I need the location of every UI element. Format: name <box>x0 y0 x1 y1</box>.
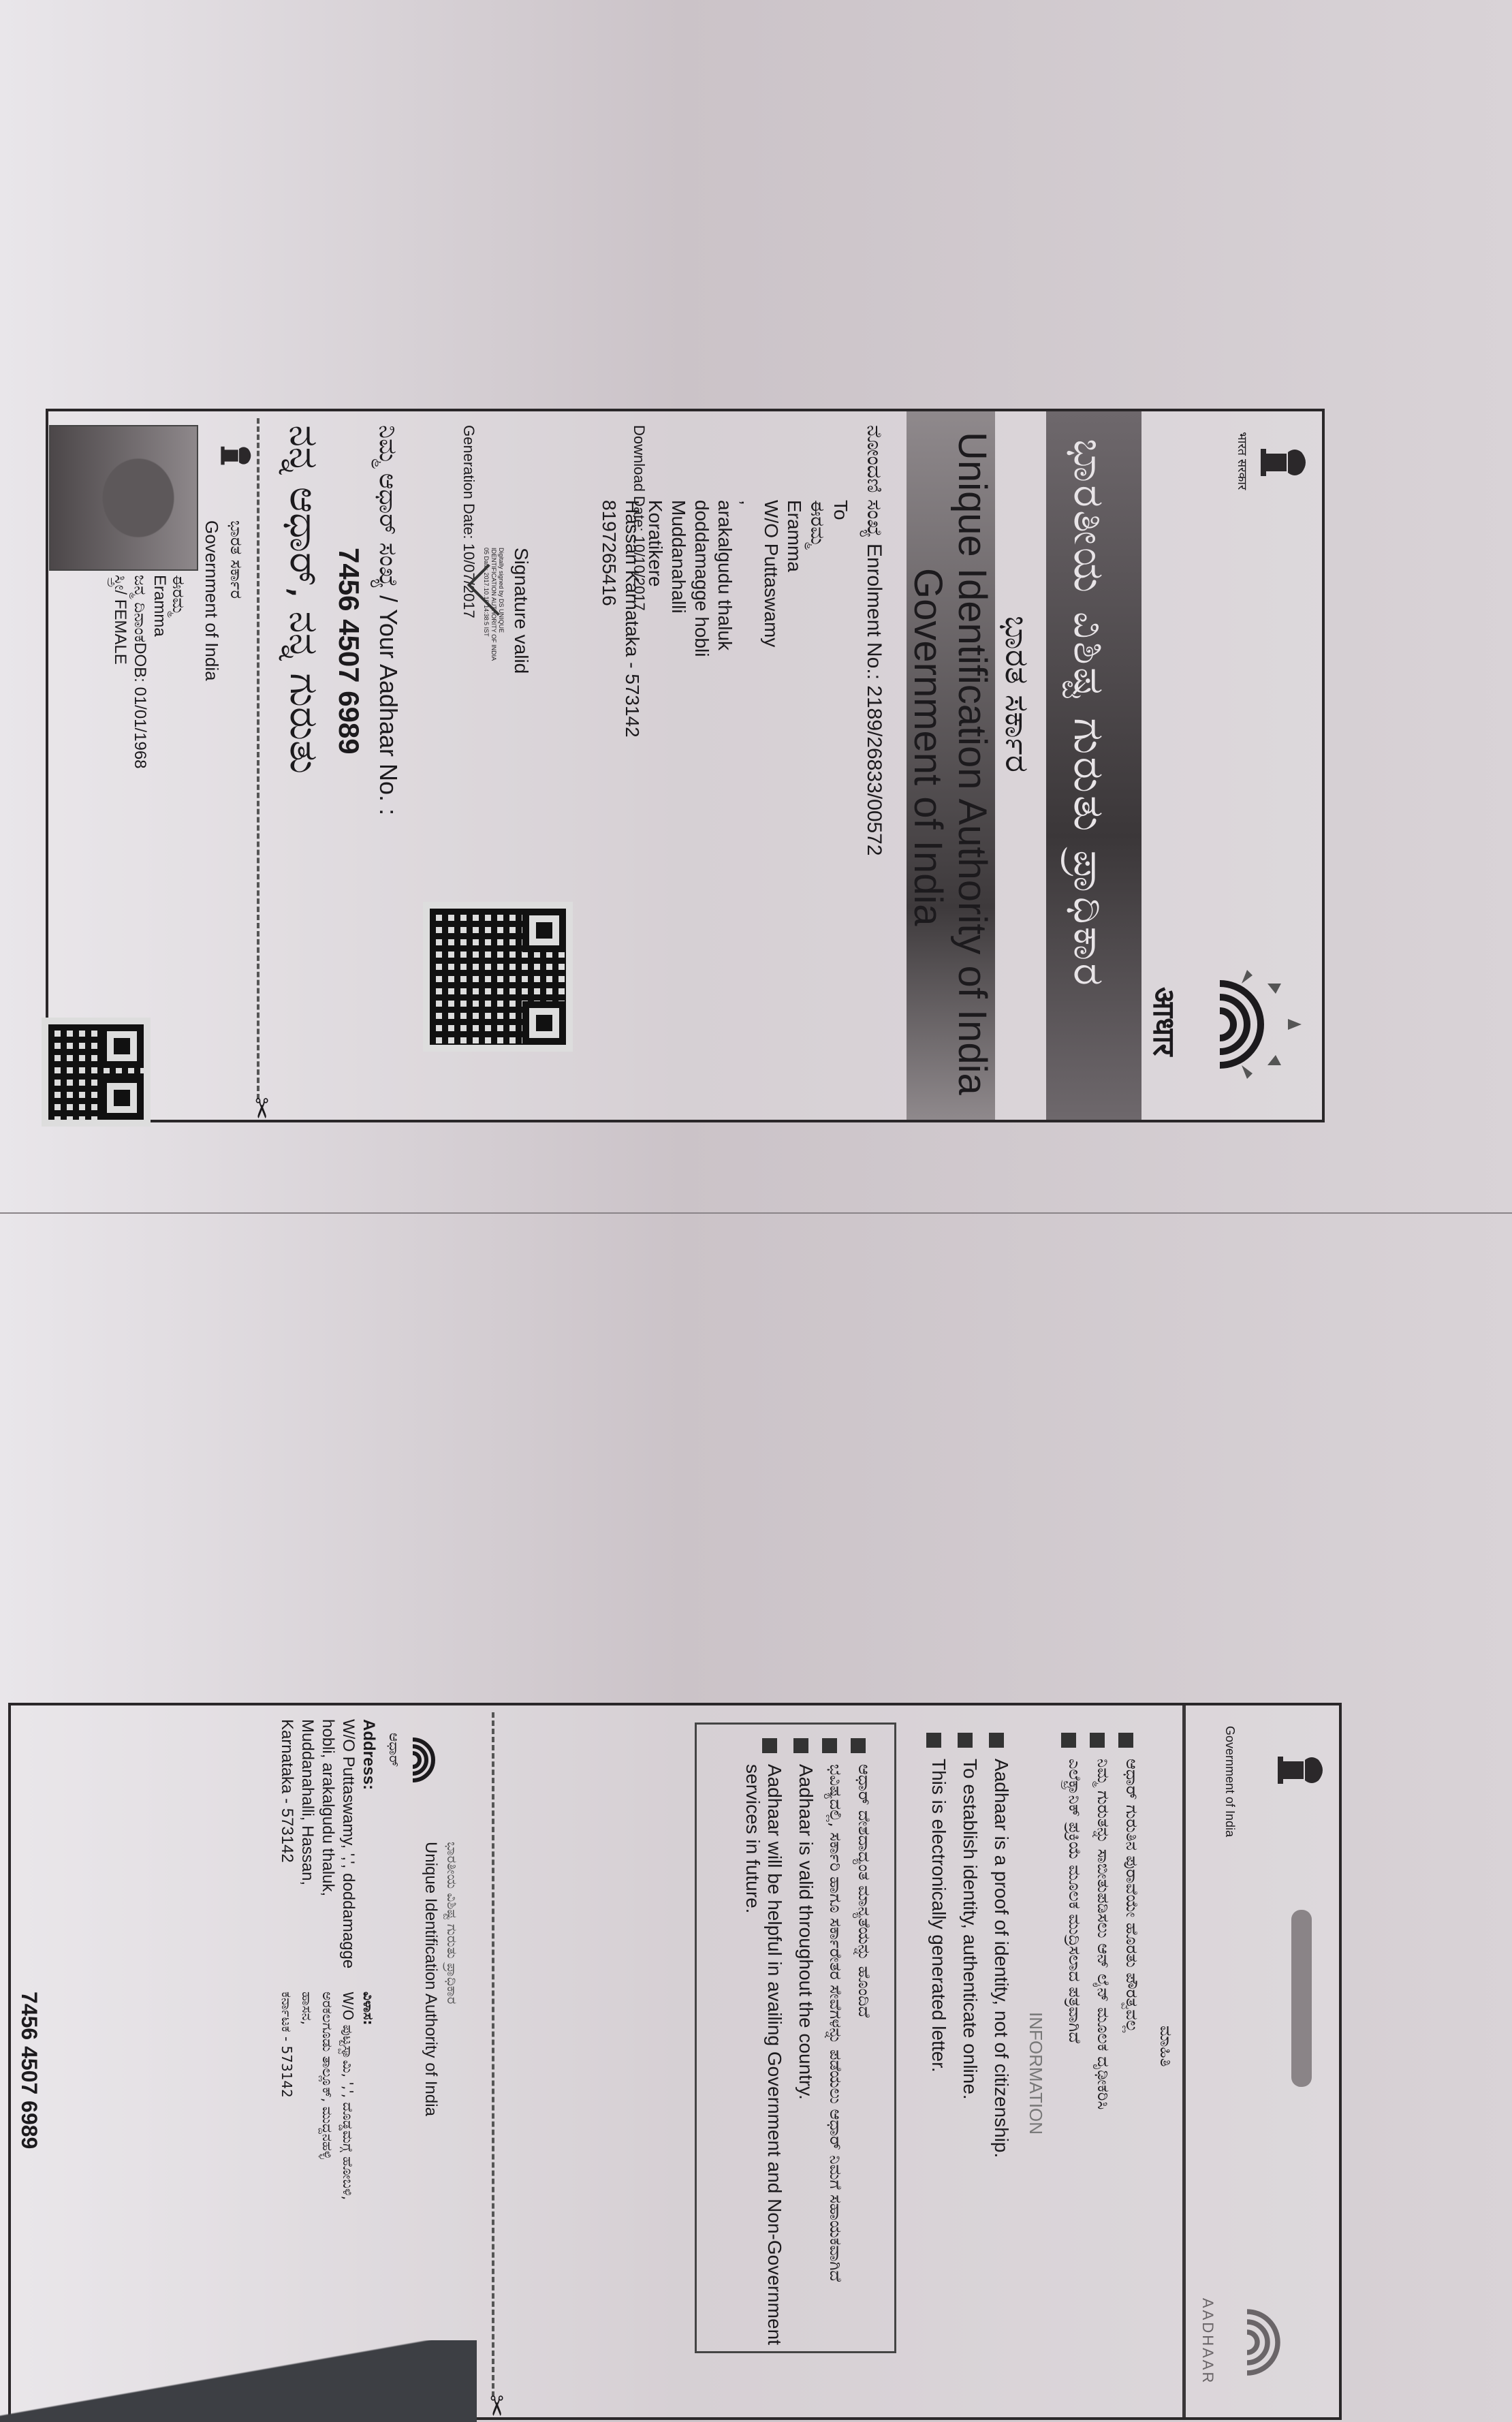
letter-front-panel: भारत सरकार आधार ಭಾರತೀಯ ವಿಶಿಷ್ಟ ಗುರುತು ಪ್… <box>46 409 1325 1122</box>
info-item: This is electronically generated letter. <box>928 1733 949 2158</box>
validity-item: Aadhaar will be helpful in availing Gove… <box>742 1738 785 2351</box>
address-line: hobli, arakalgudu thaluk, <box>317 1719 338 1968</box>
download-date-value: 10/10/2017 <box>631 536 648 611</box>
header-kannada-title: ಭಾರತೀಯ ವಿಶಿಷ್ಟ ಗುರುತು ಪ್ರಾಧಿಕಾರ <box>1064 439 1114 988</box>
enrolment-label-kannada: ನೋಂದಣಿ ಸಂಖ್ಯೆ <box>862 425 886 538</box>
card-name-kannada: ಈರಮ್ಮ <box>169 575 188 769</box>
back-government: Government of India <box>1223 1726 1237 1837</box>
validity-info-box: ಆಧಾರ್ ದೇಶದಾದ್ಯಂತ ಮಾನ್ಯತೆಯನ್ನು ಹೊಂದಿದೆಭವಿ… <box>695 1723 896 2353</box>
back-header-smudge <box>1291 1910 1312 2087</box>
enrolment-number: 2189/26833/00572 <box>863 685 885 855</box>
national-emblem-icon <box>1247 439 1308 486</box>
aadhaar-logo-text: आधार <box>1145 987 1186 1056</box>
card-aadhaar-logo-icon <box>406 1726 460 1794</box>
validity-list: Aadhaar is valid throughout the country.… <box>742 1738 817 2351</box>
card-address-kannada: ವಿಳಾಸ: W/O ಪುಟ್ಟಸ್ವಾಮಿ, ',', ದೊಡ್ಡಮಗ್ಗೆ … <box>277 1992 379 2200</box>
aadhaar-slogan: ನನ್ನ ಆಧಾರ್, ನನ್ನ ಗುರುತು <box>281 425 328 774</box>
address-label-kannada: ವಿಳಾಸ: <box>358 1992 379 2200</box>
aadhaar-label-kannada: ನಿಮ್ಮ ಆಧಾರ್ ಸಂಖ್ಯೆ <box>374 425 402 588</box>
cut-line <box>257 418 259 1099</box>
back-scissors-icon: ✂ <box>480 2394 511 2417</box>
info-item: Aadhaar is a proof of identity, not of c… <box>990 1733 1012 2158</box>
card-photo <box>49 425 198 571</box>
address-line: 8197265416 <box>597 500 620 738</box>
info-item-kannada: ಆಧಾರ್ ಗುರುತಿನ ಪುರಾವೆಯೇ ಹೊರತು ಪೌರತ್ವವಲ್ಲ <box>1122 1733 1141 2109</box>
back-aadhaar-number: 7456 4507 6989 <box>16 1992 42 2149</box>
info-title-kannada: ಮಾಹಿತಿ <box>1156 2026 1176 2067</box>
generation-date-label: Generation Date: <box>460 425 477 539</box>
address-line: Muddanahalli, Hassan, <box>297 1719 317 1968</box>
aadhaar-letter-sheet: भारत सरकार आधार ಭಾರತೀಯ ವಿಶಿಷ್ಟ ಗುರುತು ಪ್… <box>0 0 1512 2422</box>
card-name: Eramma <box>150 575 169 769</box>
address-line-kannada: W/O ಪುಟ್ಟಸ್ವಾಮಿ, ',', ದೊಡ್ಡಮಗ್ಗೆ ಹೋಬಳಿ, <box>338 1992 358 2200</box>
address-line-kannada: ಕರ್ನಾಟಕ - 573142 <box>277 1992 297 2200</box>
address-line: Muddanahalli <box>667 500 690 738</box>
recipient-relation: W/O Puttaswamy <box>759 500 783 738</box>
fold-line <box>0 1212 1512 1214</box>
card-emblem-icon <box>212 439 253 473</box>
emblem-caption: भारत सरकार <box>1234 432 1250 490</box>
card-dob-label-kannada: ಜನ್ಮ ದಿನಾಂಕ <box>131 575 150 642</box>
validity-item-kannada: ಭವಿಷ್ಯದಲ್ಲಿ, ಸರ್ಕಾರಿ ಹಾಗೂ ಸರ್ಕಾರೇತರ ಸೇವೆ… <box>826 1738 845 2351</box>
info-item-kannada: ನಿಮ್ಮ ಗುರುತನ್ನು ಸಾಬೀತುಪಡಿಸಲು ಆನ್ ಲೈನ್ ಮೂ… <box>1094 1733 1113 2109</box>
info-item: To establish identity, authenticate onli… <box>959 1733 981 2158</box>
recipient-address-lines: ,arakalgudu thalukdoddamagge hobliMuddan… <box>597 500 759 738</box>
address-line: , <box>736 500 759 738</box>
back-header-rule <box>1182 1705 1186 2417</box>
back-aadhaar-text: AADHAAR <box>1199 2298 1216 2385</box>
recipient-name-kannada: ಈರಮ್ಮ <box>806 500 829 738</box>
enrolment-label: Enrolment No.: <box>863 544 885 680</box>
qr-code <box>430 909 566 1045</box>
authority-title: Unique Identification Authority of India <box>949 432 995 1095</box>
govt-kannada: ಭಾರತ ಸರ್ಕಾರ <box>997 616 1036 772</box>
card-authority: Unique Identification Authority of India <box>421 1842 440 2116</box>
address-lines-kannada: W/O ಪುಟ್ಟಸ್ವಾಮಿ, ',', ದೊಡ್ಡಮಗ್ಗೆ ಹೋಬಳಿ,ಅ… <box>277 1992 358 2200</box>
card-gender: ಸ್ತ್ರೀ/ FEMALE <box>110 575 130 769</box>
letter-back-panel: Government of India AADHAAR ಮಾಹಿತಿ ಆಧಾರ್… <box>8 1703 1342 2420</box>
table-shadow <box>0 2340 477 2422</box>
address-line-kannada: ಹಾಸನ, <box>297 1992 317 2200</box>
back-emblem-icon <box>1264 1746 1325 1794</box>
download-date-label: Download Date: <box>631 425 648 532</box>
validity-item: Aadhaar is valid throughout the country. <box>795 1738 817 2351</box>
address-lines: W/O Puttaswamy, ',', doddamaggehobli, ar… <box>277 1719 358 1968</box>
card-government: Government of India <box>201 520 222 681</box>
aadhaar-logo-icon <box>1179 956 1315 1092</box>
card-address-english: Address: W/O Puttaswamy, ',', doddamagge… <box>277 1719 379 1968</box>
aadhaar-number-label: ನಿಮ್ಮ ಆಧಾರ್ ಸಂಖ್ಯೆ / Your Aadhaar No. : <box>373 425 403 815</box>
card-details: ಈರಮ್ಮ Eramma ಜನ್ಮ ದಿನಾಂಕDOB: 01/01/1968 … <box>110 575 188 769</box>
info-item-kannada: ಎಲೆಕ್ಟ್ರಾನಿಕ್ ಪ್ರಕ್ರಿಯೆ ಮೂಲಕ ಮುದ್ರಿಸಲಾದ … <box>1065 1733 1084 2109</box>
card-qr-code <box>48 1024 144 1120</box>
info-list-kannada: ಆಧಾರ್ ಗುರುತಿನ ಪುರಾವೆಯೇ ಹೊರತು ಪೌರತ್ವವಲ್ಲನ… <box>1056 1733 1141 2109</box>
back-aadhaar-logo-icon <box>1216 2291 1319 2393</box>
address-line: Karnataka - 573142 <box>277 1719 297 1968</box>
card-authority-kannada: ಭಾರತೀಯ ವಿಶಿಷ್ಟ ಗುರುತು ಪ್ರಾಧಿಕಾರ <box>444 1842 460 2004</box>
aadhaar-label-english: / Your Aadhaar No. : <box>375 595 403 815</box>
card-gender-value: FEMALE <box>111 599 129 665</box>
header-band: ಭಾರತೀಯ ವಿಶಿಷ್ಟ ಗುರುತು ಪ್ರಾಧಿಕಾರ <box>1046 411 1141 1120</box>
validity-item-kannada: ಆಧಾರ್ ದೇಶದಾದ್ಯಂತ ಮಾನ್ಯತೆಯನ್ನು ಹೊಂದಿದೆ <box>855 1738 874 2351</box>
info-list: Aadhaar is a proof of identity, not of c… <box>918 1733 1012 2158</box>
address-line: doddamagge hobli <box>690 500 713 738</box>
card-logo-text: ಆಧಾರ್ <box>386 1733 403 1767</box>
recipient-name: Eramma <box>783 500 806 738</box>
card-govt-kannada: ಭಾರತ ಸರ್ಕಾರ <box>227 520 246 599</box>
government-title: Government of India <box>905 568 951 926</box>
card-dob: ಜನ್ಮ ದಿನಾಂಕDOB: 01/01/1968 <box>130 575 150 769</box>
card-dob-value: DOB: 01/01/1968 <box>131 642 149 768</box>
scissors-icon: ✂ <box>245 1097 277 1120</box>
aadhaar-number: 7456 4507 6989 <box>332 548 365 755</box>
to-label: To <box>829 500 852 738</box>
address-label: Address: <box>358 1719 379 1968</box>
card-gender-kannada: ಸ್ತ್ರೀ <box>111 575 130 590</box>
enrolment-line: ನೋಂದಣಿ ಸಂಖ್ಯೆ Enrolment No.: 2189/26833/… <box>862 425 886 856</box>
address-line: W/O Puttaswamy, ',', doddamagge <box>338 1719 358 1968</box>
validity-list-kannada: ಆಧಾರ್ ದೇಶದಾದ್ಯಂತ ಮಾನ್ಯತೆಯನ್ನು ಹೊಂದಿದೆಭವಿ… <box>826 1738 874 2351</box>
download-date: Download Date: 10/10/2017 <box>630 425 648 611</box>
back-cut-line <box>492 1712 494 2397</box>
info-title: INFORMATION <box>1025 2012 1046 2135</box>
address-line-kannada: ಅರಕಲಗೂಡು ತಾಲ್ಲೂಕ್, ಮುದ್ದನಹಳ್ಳಿ <box>317 1992 338 2200</box>
signature-valid-label: Signature valid <box>510 548 532 674</box>
address-line: arakalgudu thaluk <box>713 500 736 738</box>
